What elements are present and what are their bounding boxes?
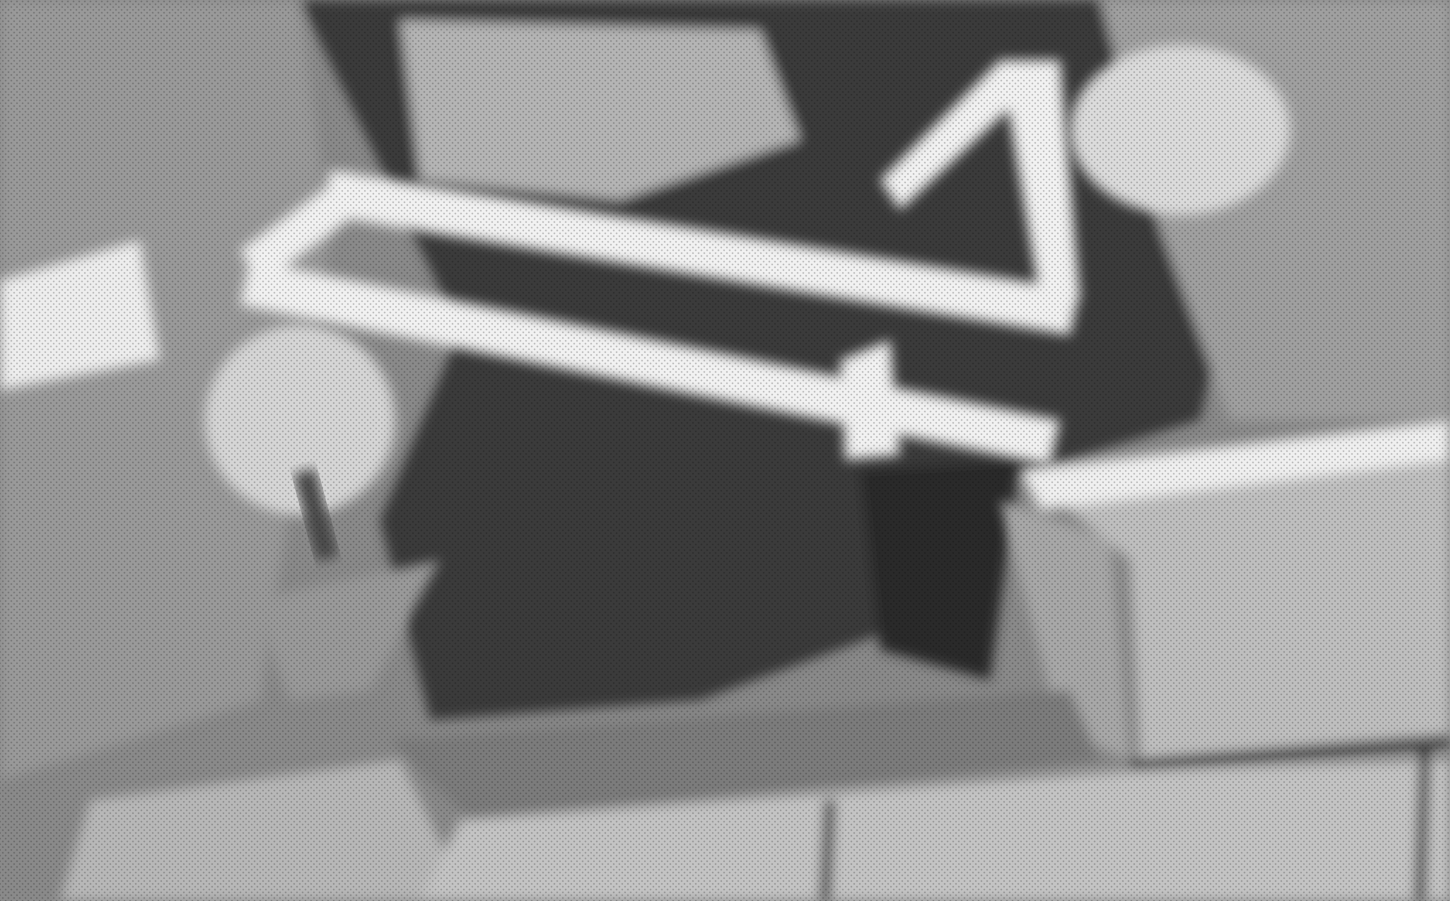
photograph [0,0,1450,901]
halftone-texture [0,0,1450,901]
